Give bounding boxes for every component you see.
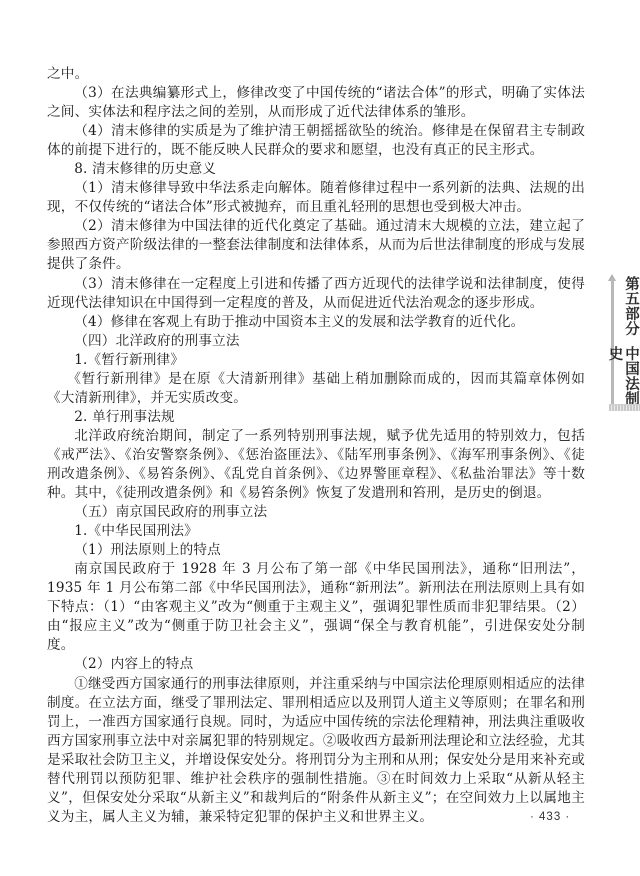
paragraph: （4）修律在客观上有助于推动中国资本主义的发展和法学教育的近代化。 <box>47 313 585 332</box>
side-tab-subject-label: 中国法制史 <box>619 346 639 412</box>
subsection-heading: 1.《中华民国刑法》 <box>47 522 585 541</box>
page-number: · 433 · <box>530 811 570 823</box>
paragraph: （3）清末修律在一定程度上引进和传播了西方近现代的法律学说和法律制度，使得近现代… <box>47 275 585 313</box>
subsection-heading: （1）刑法原则上的特点 <box>47 541 585 560</box>
paragraph: 北洋政府统治期间，制定了一系列特别刑事法规，赋予优先适用的特别效力，包括《戒严法… <box>47 427 585 503</box>
section-heading: （四）北洋政府的刑事立法 <box>47 332 585 351</box>
section-heading: （五）南京国民政府的刑事立法 <box>47 503 585 522</box>
paragraph: （1）清末修律导致中华法系走向解体。随着修律过程中一系列新的法典、法规的出现，不… <box>47 179 585 217</box>
subsection-heading: 1.《暂行新刑律》 <box>47 351 585 370</box>
page-body: 之中。 （3）在法典编纂形式上，修律改变了中国传统的“诸法合体”的形式，明确了实… <box>47 65 585 827</box>
subsection-heading: 2. 单行刑事法规 <box>47 408 585 427</box>
paragraph: 南京国民政府于 1928 年 3 月公布了第一部《中华民国刑法》，通称“旧刑法”… <box>47 560 585 655</box>
paragraph: ①继受西方国家通行的刑事法律原则，并注重采纳与中国宗法伦理原则相适应的法律制度。… <box>47 675 585 827</box>
paragraph: （3）在法典编纂形式上，修律改变了中国传统的“诸法合体”的形式，明确了实体法之间… <box>47 84 585 122</box>
paragraph: （4）清末修律的实质是为了维护清王朝摇摇欲坠的统治。修律是在保留君主专制政体的前… <box>47 122 585 160</box>
paragraph: 《暂行新刑律》是在原《大清新刑律》基础上稍加删除而成的，因而其篇章体例如《大清新… <box>47 370 585 408</box>
side-tab-base-bar <box>609 404 640 411</box>
paragraph: 之中。 <box>47 65 585 84</box>
side-rule <box>611 278 614 406</box>
subsection-heading: （2）内容上的特点 <box>47 655 585 674</box>
side-tab-part-label: 第五部分 <box>619 276 639 336</box>
chapter-side-tab: 第五部分 中国法制史 <box>606 274 640 412</box>
paragraph: （2）清末修律为中国法律的近代化奠定了基础。通过清末大规模的立法，建立起了参照西… <box>47 217 585 274</box>
section-heading: 8. 清末修律的历史意义 <box>47 160 585 179</box>
